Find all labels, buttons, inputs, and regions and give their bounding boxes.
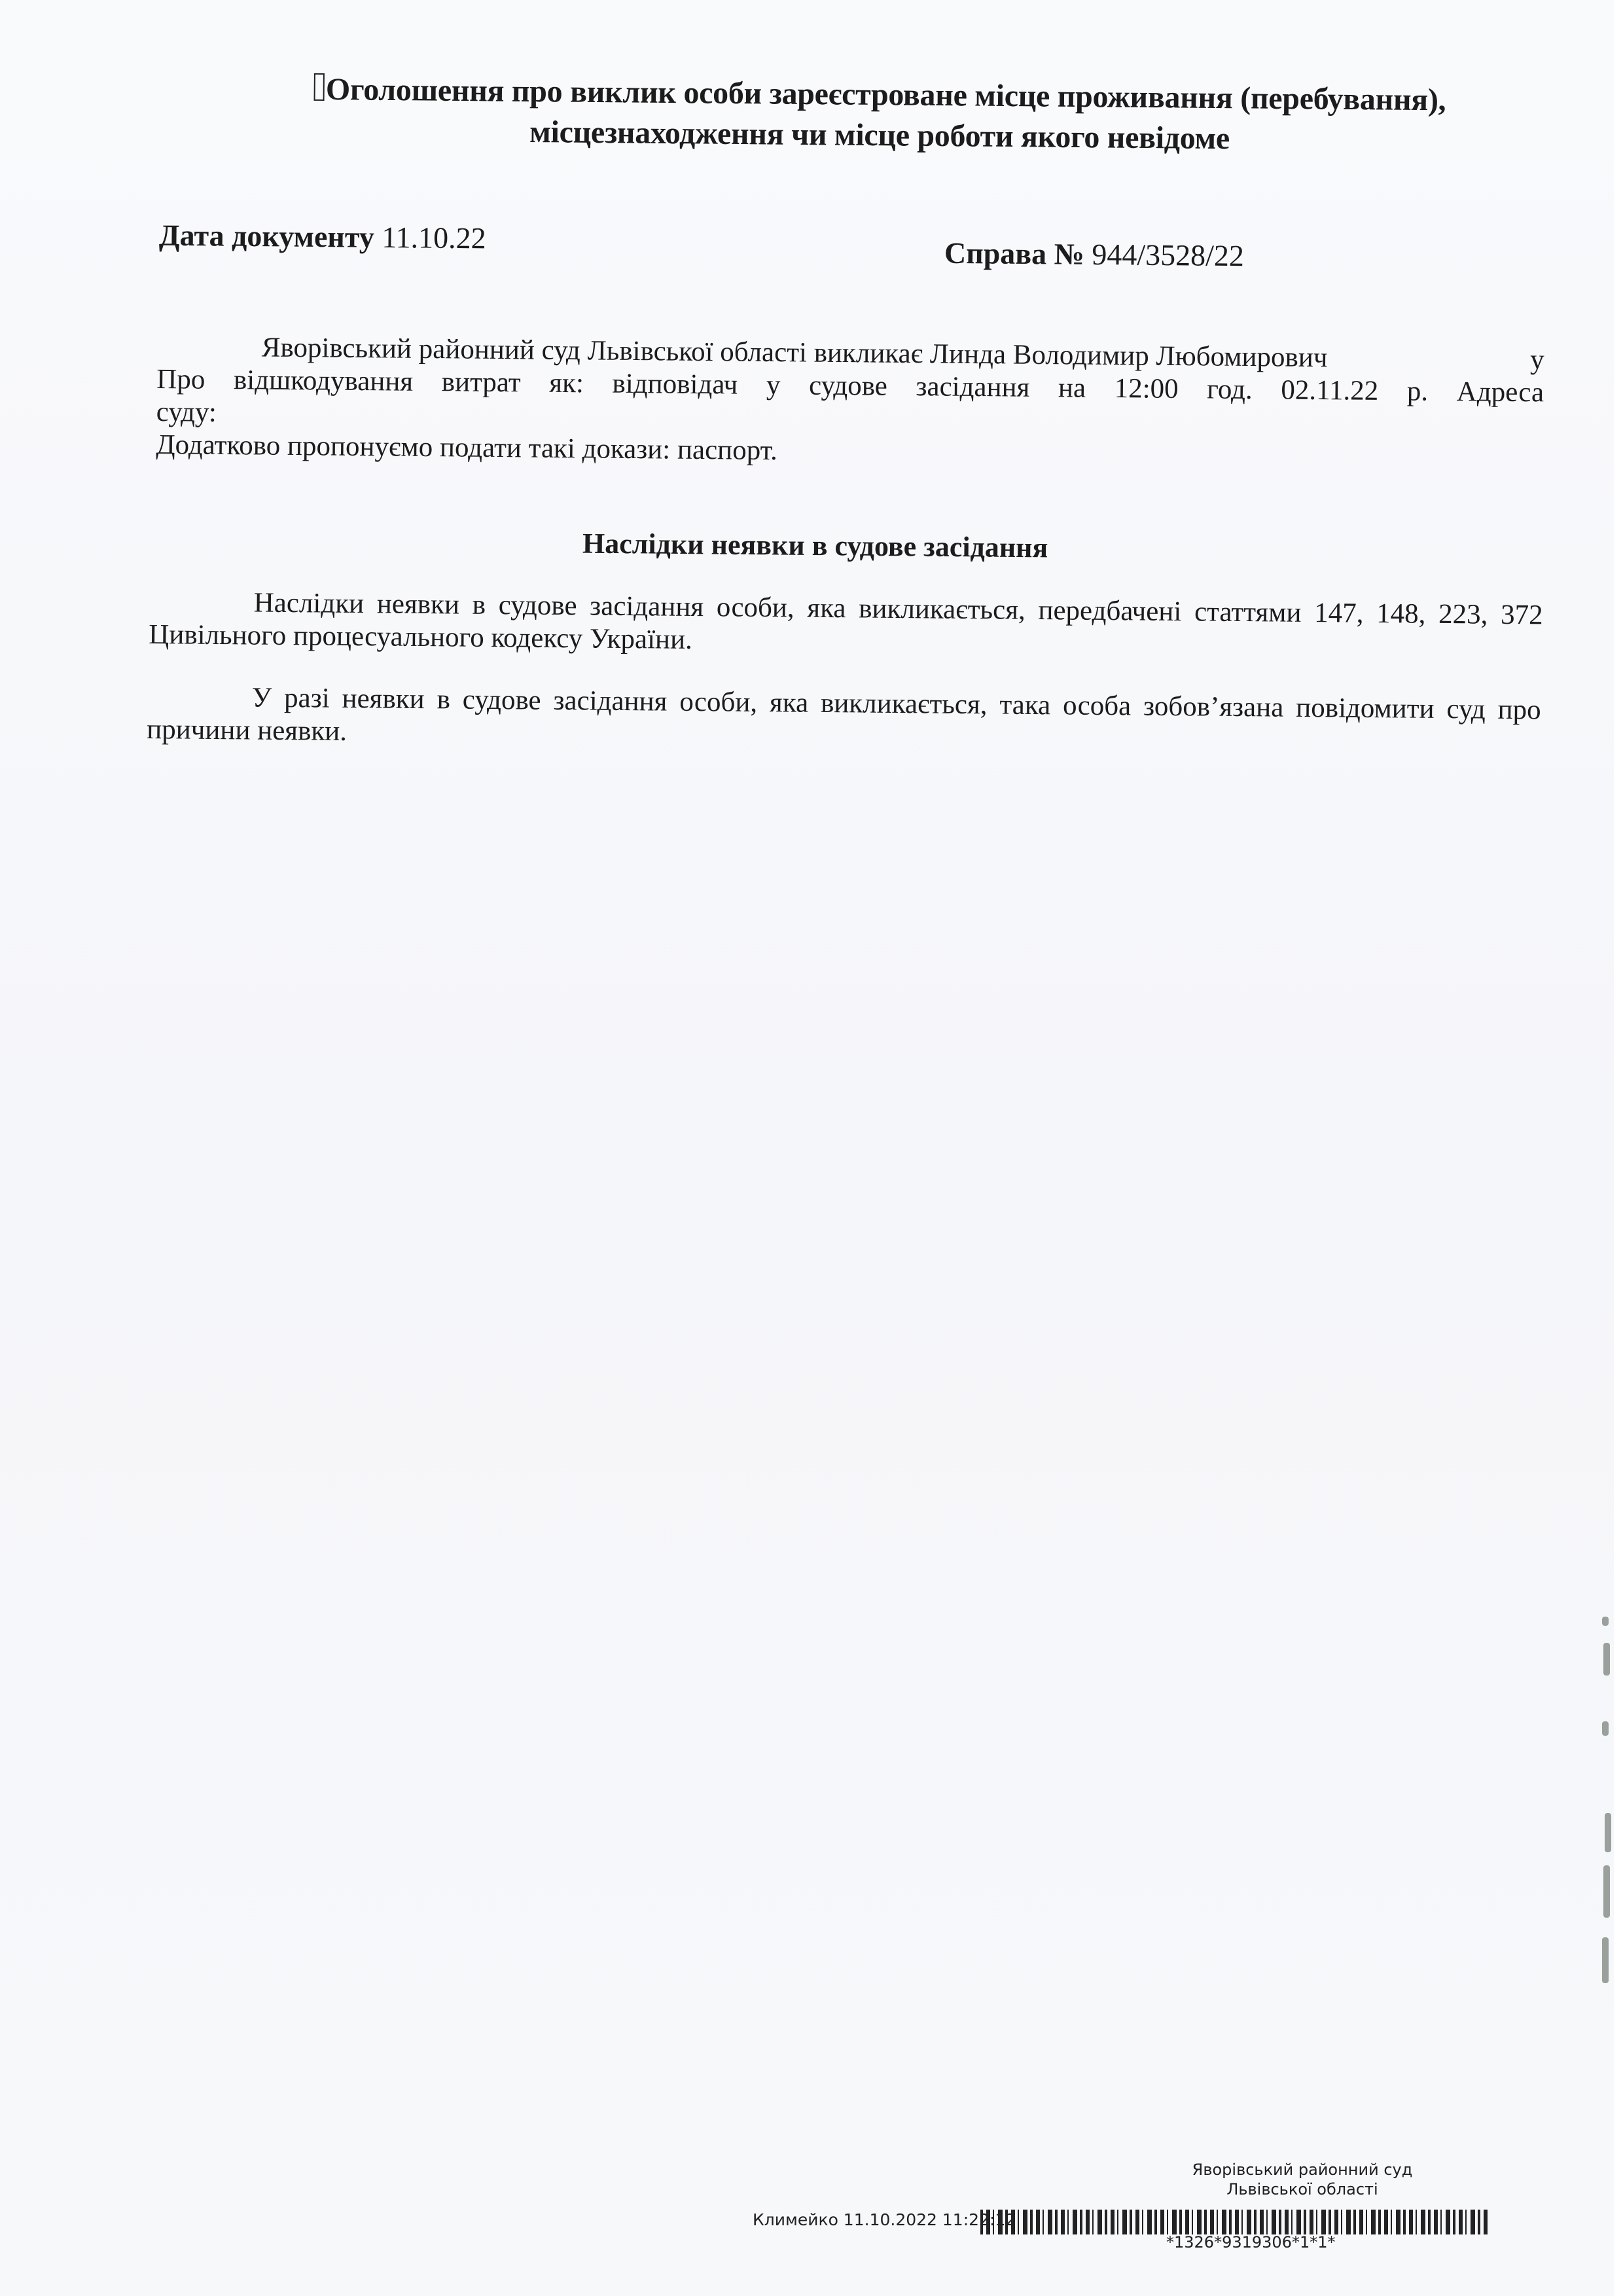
word: витрат <box>442 366 521 399</box>
stamp-signer: Климейко 11.10.2022 11:22:12 <box>753 2210 1016 2229</box>
stamp-court-line-2: Львівської області <box>1158 2179 1446 2199</box>
scan-artifact <box>1602 1721 1609 1736</box>
word: р. <box>1407 375 1429 408</box>
summons-text-end: у <box>1530 344 1544 376</box>
word: судове <box>809 370 887 403</box>
case-value: 944/3528/22 <box>1092 238 1244 272</box>
summons-paragraph: Яворівський районний суд Львівської обла… <box>156 331 1544 475</box>
scan-artifact <box>1603 1643 1610 1676</box>
hearing-time: 12:00 <box>1114 372 1178 406</box>
scan-artifact <box>1602 1937 1609 1983</box>
missing-glyph-icon <box>314 73 325 101</box>
word: на <box>1058 372 1086 404</box>
consequences-text-1: Наслідки неявки в судове засідання особи… <box>149 588 1543 655</box>
scan-artifact <box>1602 1617 1609 1626</box>
word: у <box>766 369 781 402</box>
case-label: Справа № <box>944 236 1084 271</box>
scan-artifact <box>1603 1865 1610 1918</box>
barcode-icon <box>980 2210 1489 2234</box>
consequences-paragraph-2: У разі неявки в судове засідання особи, … <box>147 681 1541 759</box>
scan-edge <box>1614 0 1623 2296</box>
document-title: Оголошення про виклик особи зареєстрован… <box>258 69 1502 162</box>
hearing-date: 02.11.22 <box>1281 374 1378 407</box>
electronic-stamp: Яворівський районний суд Львівської обла… <box>753 2160 1571 2291</box>
stamp-court: Яворівський районний суд Львівської обла… <box>1158 2160 1446 2199</box>
consequences-heading: Наслідки неявки в судове засідання <box>582 527 1048 565</box>
scan-artifact <box>1605 1813 1611 1852</box>
word: відшкодування <box>234 364 414 399</box>
barcode-text: *1326*9319306*1*1* <box>1166 2233 1336 2251</box>
date-value: 11.10.22 <box>382 221 486 255</box>
word: год. <box>1207 373 1253 406</box>
stamp-court-line-1: Яворівський районний суд <box>1158 2160 1446 2179</box>
word: Адреса <box>1457 376 1544 409</box>
title-line-1: Оголошення про виклик особи зареєстрован… <box>326 72 1446 117</box>
word: Про <box>156 363 205 397</box>
consequences-text-2: У разі неявки в судове засідання особи, … <box>147 683 1541 747</box>
word: як: <box>549 367 584 401</box>
case-number: Справа № 944/3528/22 <box>944 236 1244 273</box>
scanned-page: Оголошення про виклик особи зареєстрован… <box>0 0 1623 2296</box>
document-date: Дата документу 11.10.22 <box>159 218 486 256</box>
consequences-paragraph-1: Наслідки неявки в судове засідання особи… <box>149 586 1543 664</box>
date-label: Дата документу <box>159 219 374 254</box>
word: відповідач <box>612 368 738 402</box>
word: засідання <box>916 370 1029 404</box>
